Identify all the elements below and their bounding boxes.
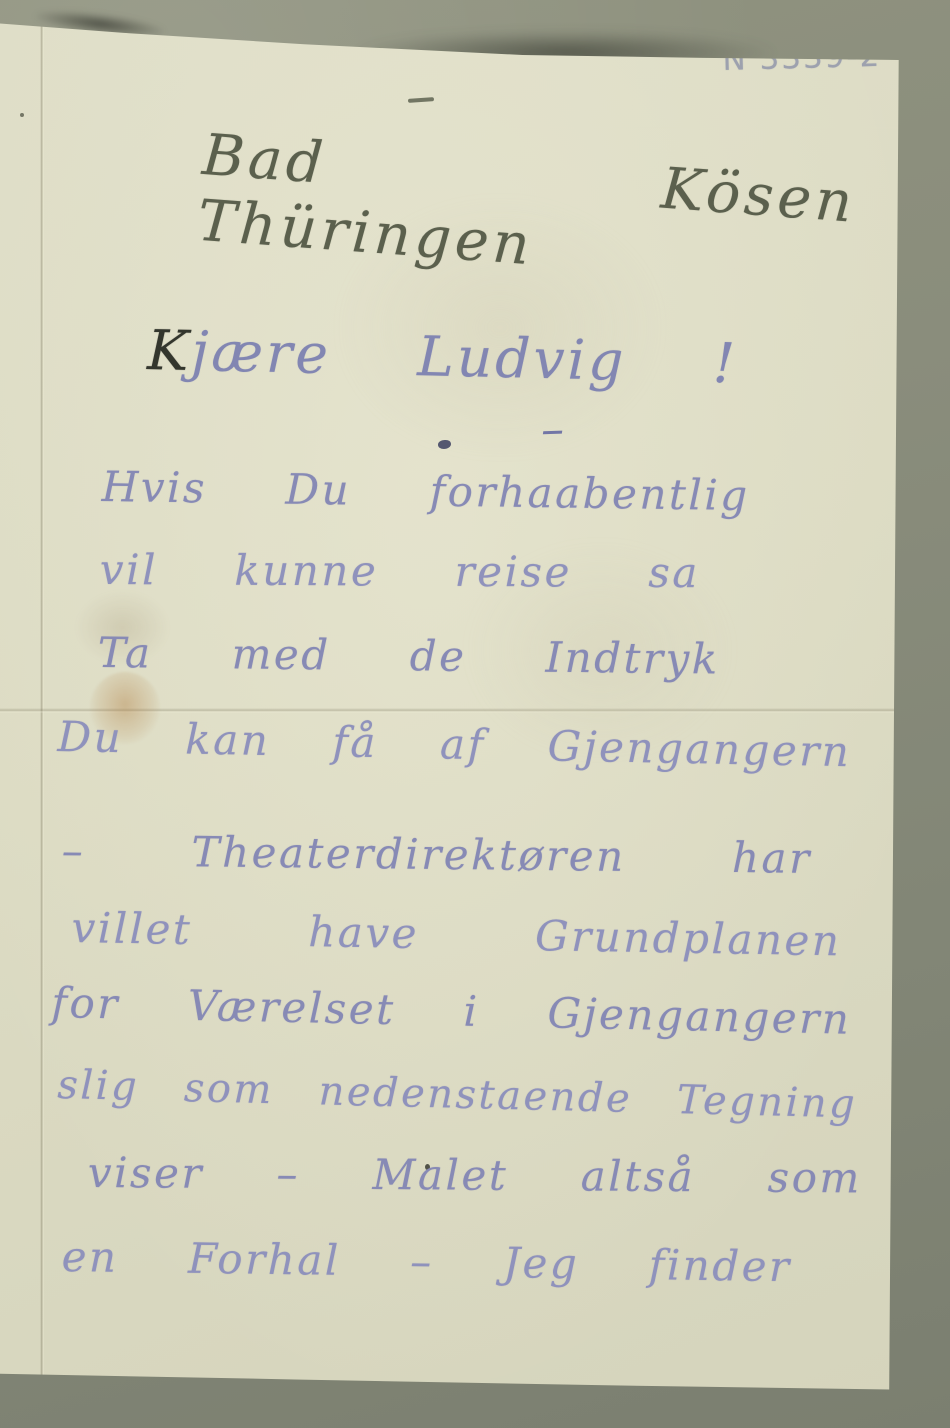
salutation: Kjære Ludvig ! <box>147 318 628 393</box>
body-line-7: for Værelset i Gjengangern <box>51 978 852 1044</box>
body-line-3: Ta med de Indtryk <box>97 628 719 684</box>
scan-backdrop: N 3339-2 Bad Kösen Thüringen Kjære Ludvi… <box>0 0 950 1428</box>
heading-umlaut-stroke <box>408 97 434 103</box>
body-line-5: – Theaterdirektøren har <box>61 826 811 883</box>
body-line-6: villet have Grundplanen <box>71 903 842 965</box>
letter-heading-place: Bad Kösen Thüringen <box>195 122 858 302</box>
paper-speck <box>20 113 24 117</box>
separator-dash: – <box>540 401 565 456</box>
body-line-4: Du kan få af Gjengangern <box>57 712 852 776</box>
fold-crease-vertical <box>40 20 44 1385</box>
salutation-text: jære Ludvig ! <box>191 319 739 395</box>
body-line-1: Hvis Du forhaabentlig <box>101 462 750 520</box>
body-line-2: vil kunne reise sa <box>100 545 700 597</box>
body-line-8: slig som nedenstaende Tegning <box>57 1062 858 1128</box>
body-line-10: en Forhal – Jeg finder <box>61 1232 792 1291</box>
letter-paper: N 3339-2 Bad Kösen Thüringen Kjære Ludvi… <box>0 0 950 1428</box>
salutation-initial: K <box>147 318 193 383</box>
body-line-9: viser – Malet altså som <box>88 1148 862 1202</box>
